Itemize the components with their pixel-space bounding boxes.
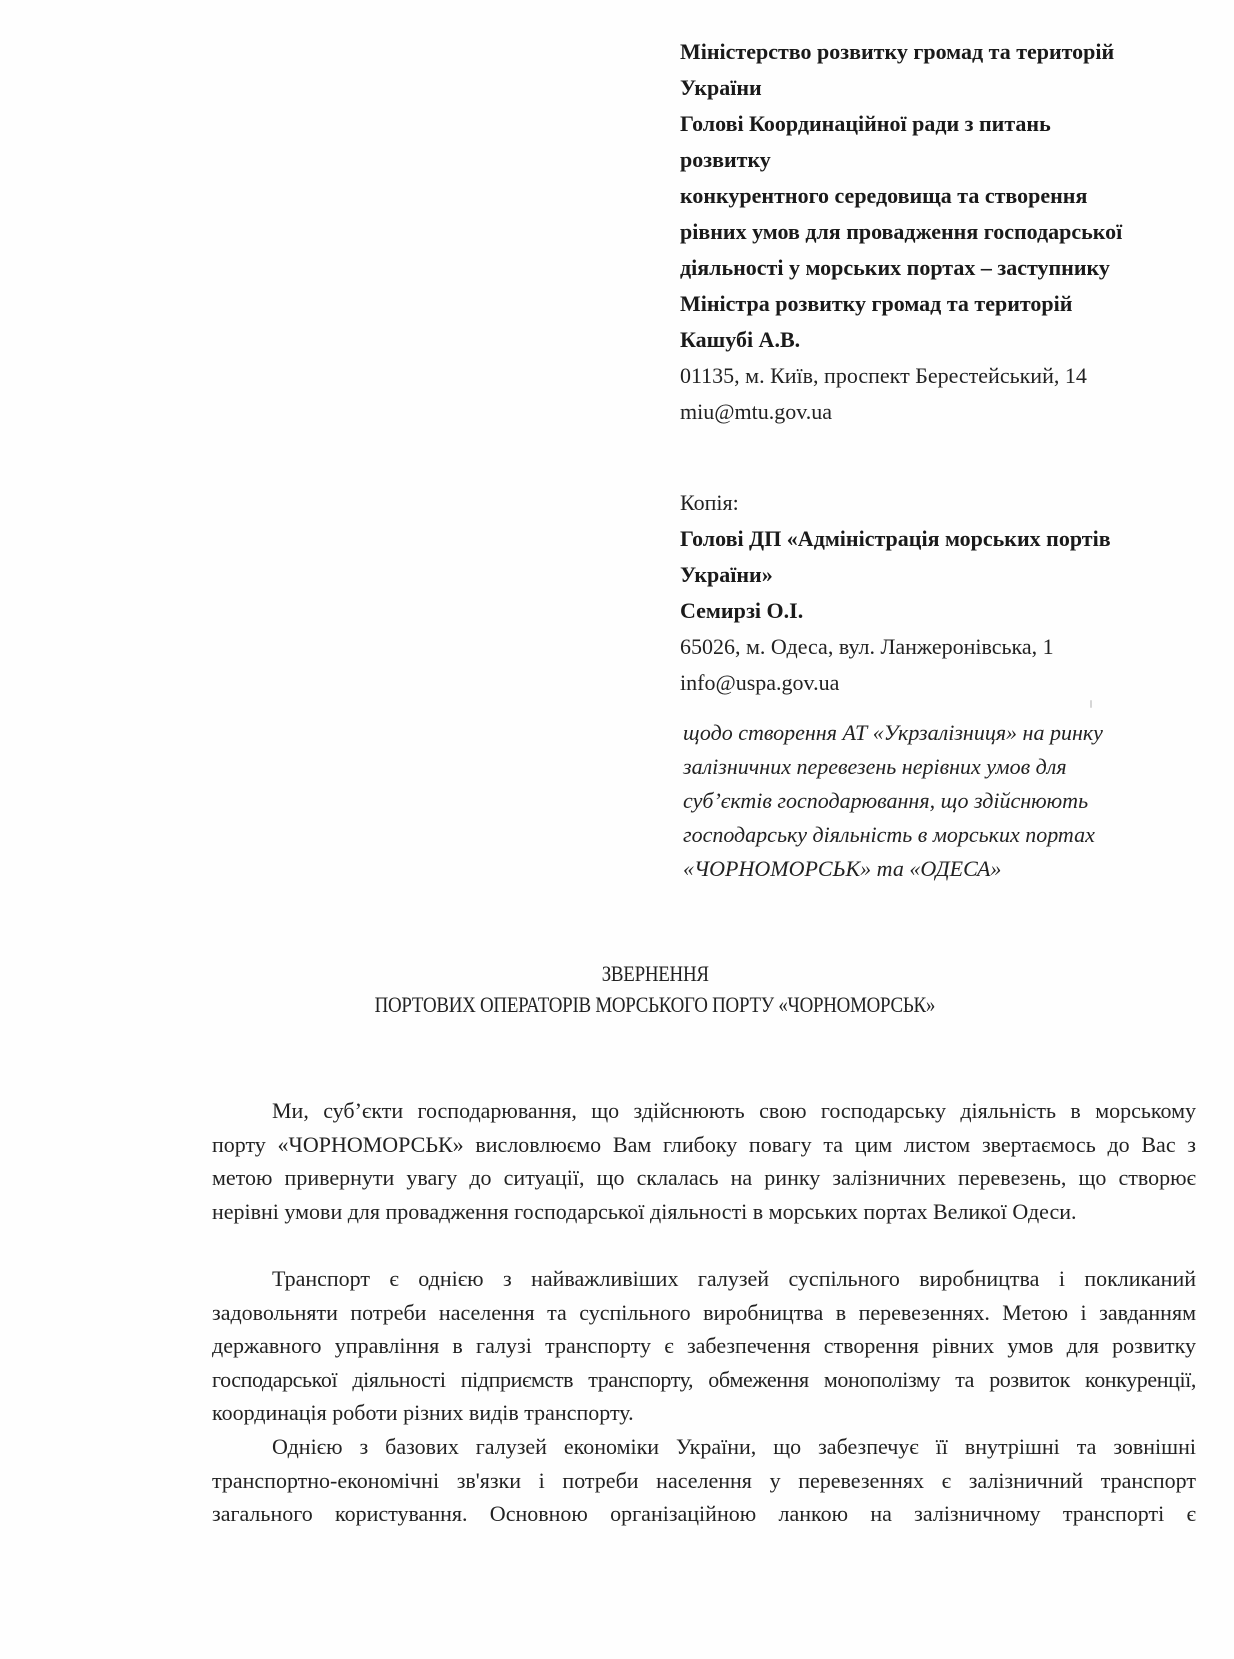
addressee-line: Міністра розвитку громад та територій (680, 286, 1200, 322)
body-line: загального користування. Основною органі… (152, 1497, 1196, 1531)
addressee-block: Міністерство розвитку громад та територі… (680, 34, 1200, 430)
body-line: Ми, суб’єкти господарювання, що здійснюю… (152, 1094, 1196, 1128)
copy-recipient-email: info@uspa.gov.ua (680, 665, 1200, 701)
addressee-line: Голові Координаційної ради з питань (680, 106, 1200, 142)
copy-recipient-block: Копія: Голові ДП «Адміністрація морських… (680, 485, 1200, 701)
addressee-line: рівних умов для провадження господарсько… (680, 214, 1200, 250)
body-line: Транспорт є однією з найважливіших галуз… (152, 1262, 1196, 1296)
subject-line: щодо створення АТ «Укрзалізниця» на ринк… (683, 716, 1203, 750)
body-line: транспортно-економічні зв'язки і потреби… (152, 1464, 1196, 1498)
body-line: метою привернути увагу до ситуації, що с… (152, 1161, 1196, 1195)
subject-block: щодо створення АТ «Укрзалізниця» на ринк… (683, 716, 1203, 886)
addressee-line: діяльності у морських портах – заступник… (680, 250, 1200, 286)
scan-artifact (1090, 700, 1092, 708)
copy-recipient-line: Голові ДП «Адміністрація морських портів (680, 521, 1200, 557)
addressee-line: конкурентного середовища та створення (680, 178, 1200, 214)
subject-line: залізничних перевезень нерівних умов для (683, 750, 1203, 784)
title-text: ЗВЕРНЕННЯ (601, 958, 708, 989)
paragraph-3: Однією з базових галузей економіки Украї… (152, 1430, 1196, 1531)
document-title: ЗВЕРНЕННЯ (0, 958, 1234, 989)
addressee-line: Міністерство розвитку громад та територі… (680, 34, 1200, 70)
document-subtitle: ПОРТОВИХ ОПЕРАТОРІВ МОРСЬКОГО ПОРТУ «ЧОР… (0, 989, 1234, 1020)
body-line: координація роботи різних видів транспор… (152, 1396, 1196, 1430)
addressee-line: розвитку (680, 142, 1200, 178)
copy-recipient-line: України» (680, 557, 1200, 593)
subject-line: «ЧОРНОМОРСЬК» та «ОДЕСА» (683, 852, 1203, 886)
addressee-line: України (680, 70, 1200, 106)
addressee-email: miu@mtu.gov.ua (680, 394, 1200, 430)
paragraph-1: Ми, суб’єкти господарювання, що здійснюю… (152, 1094, 1196, 1228)
copy-recipient-name: Семирзі О.І. (680, 593, 1200, 629)
body-line: нерівні умови для провадження господарсь… (152, 1195, 1196, 1229)
subtitle-text: ПОРТОВИХ ОПЕРАТОРІВ МОРСЬКОГО ПОРТУ «ЧОР… (375, 989, 935, 1020)
body-line: порту «ЧОРНОМОРСЬК» висловлюємо Вам глиб… (152, 1128, 1196, 1162)
document-page: Міністерство розвитку громад та територі… (0, 0, 1234, 1659)
paragraph-2: Транспорт є однією з найважливіших галуз… (152, 1262, 1196, 1430)
copy-label: Копія: (680, 485, 1200, 521)
subject-line: господарську діяльність в морських порта… (683, 818, 1203, 852)
body-line: Однією з базових галузей економіки Украї… (152, 1430, 1196, 1464)
subject-line: суб’єктів господарювання, що здійснюють (683, 784, 1203, 818)
body-line: господарської діяльності підприємств тра… (152, 1363, 1196, 1397)
addressee-address: 01135, м. Київ, проспект Берестейський, … (680, 358, 1200, 394)
copy-recipient-address: 65026, м. Одеса, вул. Ланжеронівська, 1 (680, 629, 1200, 665)
addressee-name: Кашубі А.В. (680, 322, 1200, 358)
body-line: державного управління в галузі транспорт… (152, 1329, 1196, 1363)
body-line: задовольняти потреби населення та суспіл… (152, 1296, 1196, 1330)
